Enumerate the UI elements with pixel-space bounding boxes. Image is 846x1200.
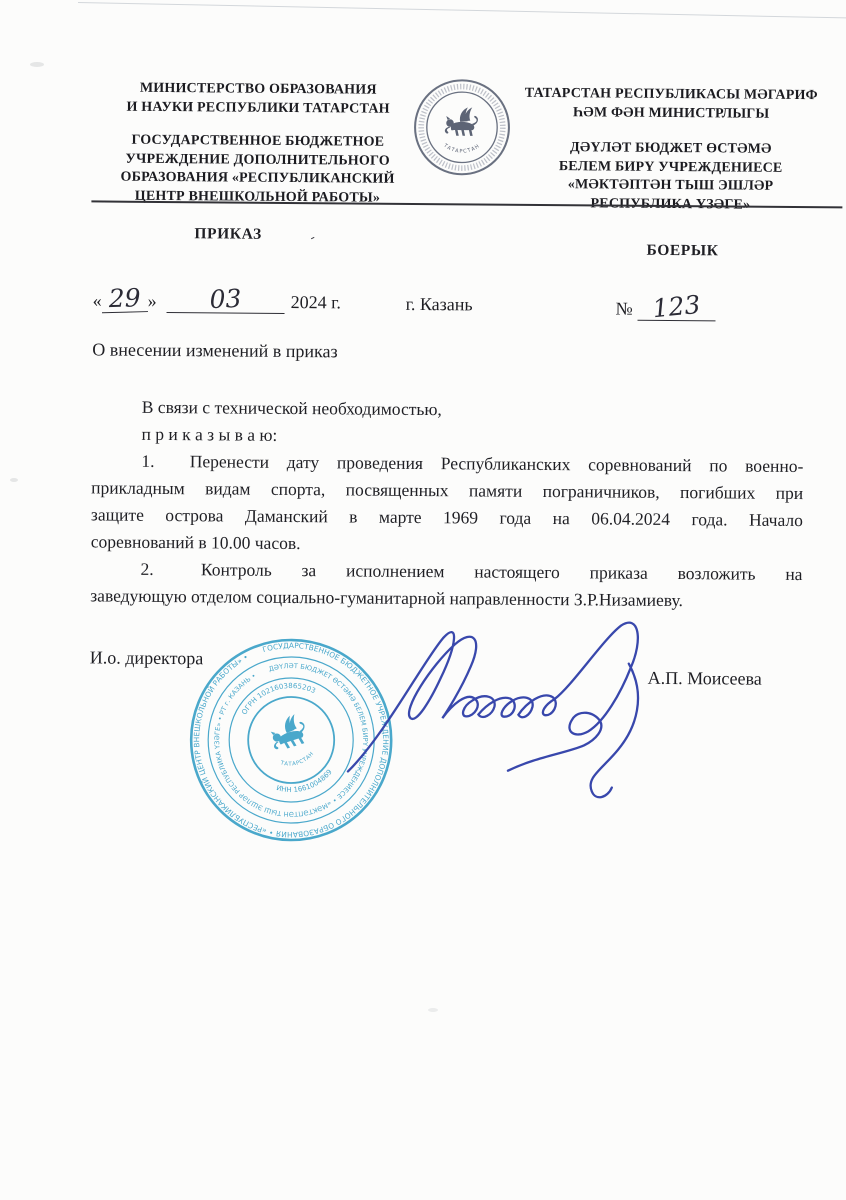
letterhead-left: МИНИСТЕРСТВО ОБРАЗОВАНИЯ И НАУКИ РЕСПУБЛ… [90,79,425,208]
order-title-ru: ПРИКАЗ [148,225,308,244]
stamp-center-label: ТАТАРСТАН [277,749,317,772]
letterhead-right: ТАТАРСТАН РЕСПУБЛИКАСЫ МӘГАРИФ ҺӘМ ФӘН М… [500,85,841,216]
institution-ru-line4: ЦЕНТР ВНЕШКОЛЬНОЙ РАБОТЫ» [90,187,424,208]
month-field: 03 [167,286,285,314]
stamp-inn-text: ИНН 1661004869 [273,767,336,801]
svg-text:ТАТАРСТАН: ТАТАРСТАН [277,749,317,772]
institution-ru-line1: ГОСУДАРСТВЕННОЕ БЮДЖЕТНОЕ [91,131,425,152]
handwritten-month: 03 [209,286,242,312]
ministry-name-tt-line2: ҺӘМ ФӘН МИНИСТРЛЫГЫ [501,103,841,124]
handwritten-day: 29 [108,283,141,313]
pen-tick-mark: - [307,229,318,245]
director-signature [344,603,662,809]
number-sign: № [616,299,633,319]
date-line: «29»032024 г. [93,285,342,314]
stamp-leopard-icon [266,712,309,752]
svg-text:ТАТАРСТАН: ТАТАРСТАН [441,142,481,155]
day-field: 29 [101,285,148,313]
handwritten-number: 123 [651,292,701,321]
number-field: 123 [637,294,715,322]
ministry-name-ru-line2: И НАУКИ РЕСПУБЛИКИ ТАТАРСТАН [91,98,425,119]
city-label: г. Казань [406,294,473,316]
order-body: В связи с технической необходимостью, п … [90,393,804,615]
tatarstan-emblem-icon: ТАТАРСТАН [411,76,514,179]
emblem-label: ТАТАРСТАН [441,142,481,155]
open-quote: « [93,290,102,310]
ministry-name-tt-line1: ТАТАРСТАН РЕСПУБЛИКАСЫ МӘГАРИФ [501,85,841,106]
order-number-line: № 123 [615,294,715,322]
institution-ru-line3: ОБРАЗОВАНИЯ «РЕСПУБЛИКАНСКИЙ [91,168,425,189]
svg-text:ИНН 1661004869: ИНН 1661004869 [273,767,336,801]
order-title-tt: БОЕРЫК [610,242,755,261]
order-subject: О внесении изменений в приказ [92,339,338,362]
ministry-name-ru-line1: МИНИСТЕРСТВО ОБРАЗОВАНИЯ [91,79,425,100]
year-label: 2024 г. [291,292,342,312]
close-quote: » [148,291,157,311]
scanned-order-document: МИНИСТЕРСТВО ОБРАЗОВАНИЯ И НАУКИ РЕСПУБЛ… [0,0,846,1200]
signer-name: А.П. Моисеева [648,668,762,690]
